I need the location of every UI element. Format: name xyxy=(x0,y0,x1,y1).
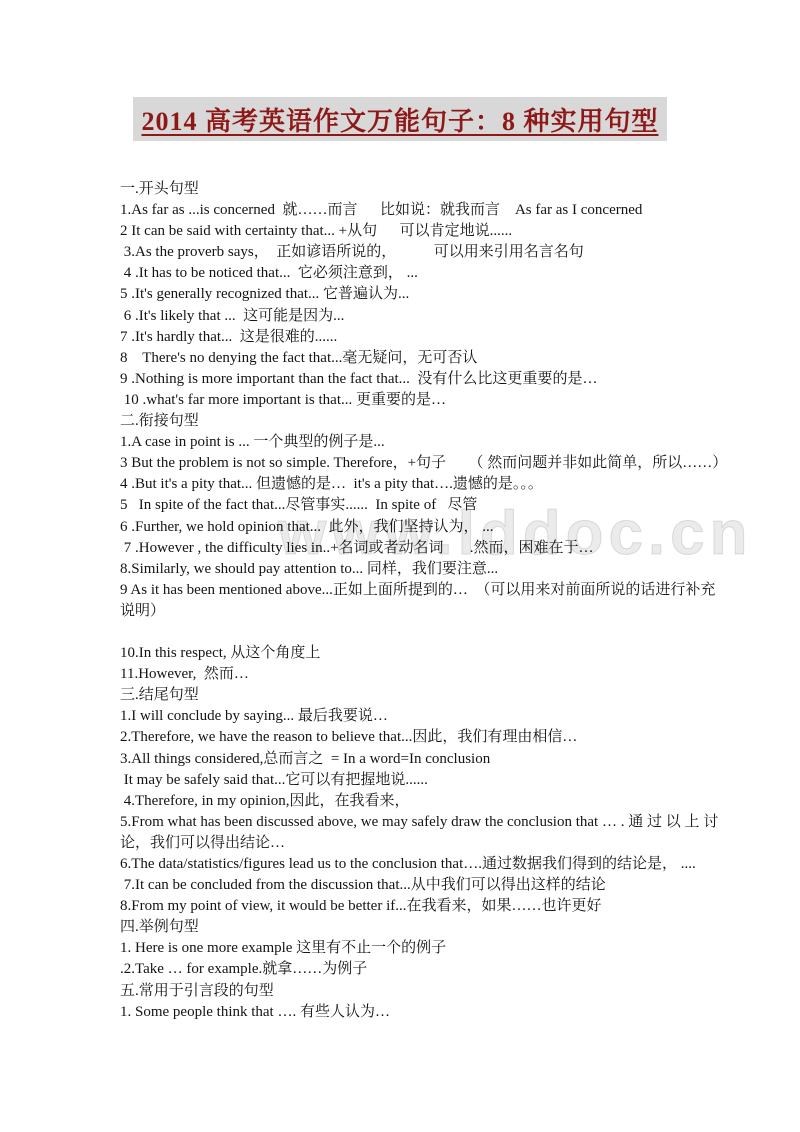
text-line: 1.As far as ...is concerned 就……而言 比如说：就我… xyxy=(120,200,792,221)
title-row: 2014 高考英语作文万能句子：8 种实用句型 xyxy=(0,97,800,141)
text-line: 6 .It's likely that ... 这可能是因为... xyxy=(120,306,792,327)
text-line: 10 .what's far more important is that...… xyxy=(120,390,792,411)
text-line: 说明） xyxy=(120,601,792,622)
text-line: 2 It can be said with certainty that... … xyxy=(120,221,792,242)
text-line: 1. Some people think that …. 有些人认为… xyxy=(120,1002,792,1023)
text-line: 1.A case in point is ... 一个典型的例子是... xyxy=(120,432,792,453)
text-line: It may be safely said that...它可以有把握地说...… xyxy=(120,770,792,791)
text-line: 3.All things considered,总而言之 = In a word… xyxy=(120,749,792,770)
text-line: 4 .It has to be noticed that... 它必须注意到， … xyxy=(120,263,792,284)
text-line: 3 But the problem is not so simple. Ther… xyxy=(120,453,792,474)
text-line: 7 .It's hardly that... 这是很难的...... xyxy=(120,327,792,348)
text-line: 一.开头句型 xyxy=(120,179,792,200)
document-page: 2014 高考英语作文万能句子：8 种实用句型 www.lddoc.cn 一.开… xyxy=(0,0,800,1132)
text-line: 4 .But it's a pity that... 但遗憾的是… it's a… xyxy=(120,474,792,495)
text-line: 7.It can be concluded from the discussio… xyxy=(120,875,792,896)
text-line: 五.常用于引言段的句型 xyxy=(120,981,792,1002)
text-line: 5 .It's generally recognized that... 它普遍… xyxy=(120,284,792,305)
text-line: 6.The data/statistics/figures lead us to… xyxy=(120,854,792,875)
text-line: 8.Similarly, we should pay attention to.… xyxy=(120,559,792,580)
text-line: 8.From my point of view, it would be bet… xyxy=(120,896,792,917)
text-line xyxy=(120,622,792,643)
text-line: 4.Therefore, in my opinion,因此，在我看来， xyxy=(120,791,792,812)
text-line: 5.From what has been discussed above, we… xyxy=(120,812,792,833)
text-line: 1.I will conclude by saying... 最后我要说… xyxy=(120,706,792,727)
body-text: 一.开头句型1.As far as ...is concerned 就……而言 … xyxy=(120,179,792,1023)
text-line: 3.As the proverb says， 正如谚语所说的， 可以用来引用名言… xyxy=(120,242,792,263)
text-line: 2.Therefore, we have the reason to belie… xyxy=(120,727,792,748)
document-title: 2014 高考英语作文万能句子：8 种实用句型 xyxy=(133,97,666,141)
text-line: 5 In spite of the fact that...尽管事实......… xyxy=(120,495,792,516)
text-line: 三.结尾句型 xyxy=(120,685,792,706)
text-line: 二.衔接句型 xyxy=(120,411,792,432)
text-line: 11.However, 然而… xyxy=(120,664,792,685)
text-line: 10.In this respect, 从这个角度上 xyxy=(120,643,792,664)
text-line: 四.举例句型 xyxy=(120,917,792,938)
text-line: .2.Take … for example.就拿……为例子 xyxy=(120,959,792,980)
text-line: 论，我们可以得出结论… xyxy=(120,833,792,854)
text-line: 8 There's no denying the fact that...毫无疑… xyxy=(120,348,792,369)
text-line: 1. Here is one more example 这里有不止一个的例子 xyxy=(120,938,792,959)
text-line: 7 .However , the difficulty lies in..+名词… xyxy=(120,538,792,559)
text-line: 6 .Further, we hold opinion that... 此外，我… xyxy=(120,517,792,538)
text-line: 9 .Nothing is more important than the fa… xyxy=(120,369,792,390)
text-line: 9 As it has been mentioned above...正如上面所… xyxy=(120,580,792,601)
